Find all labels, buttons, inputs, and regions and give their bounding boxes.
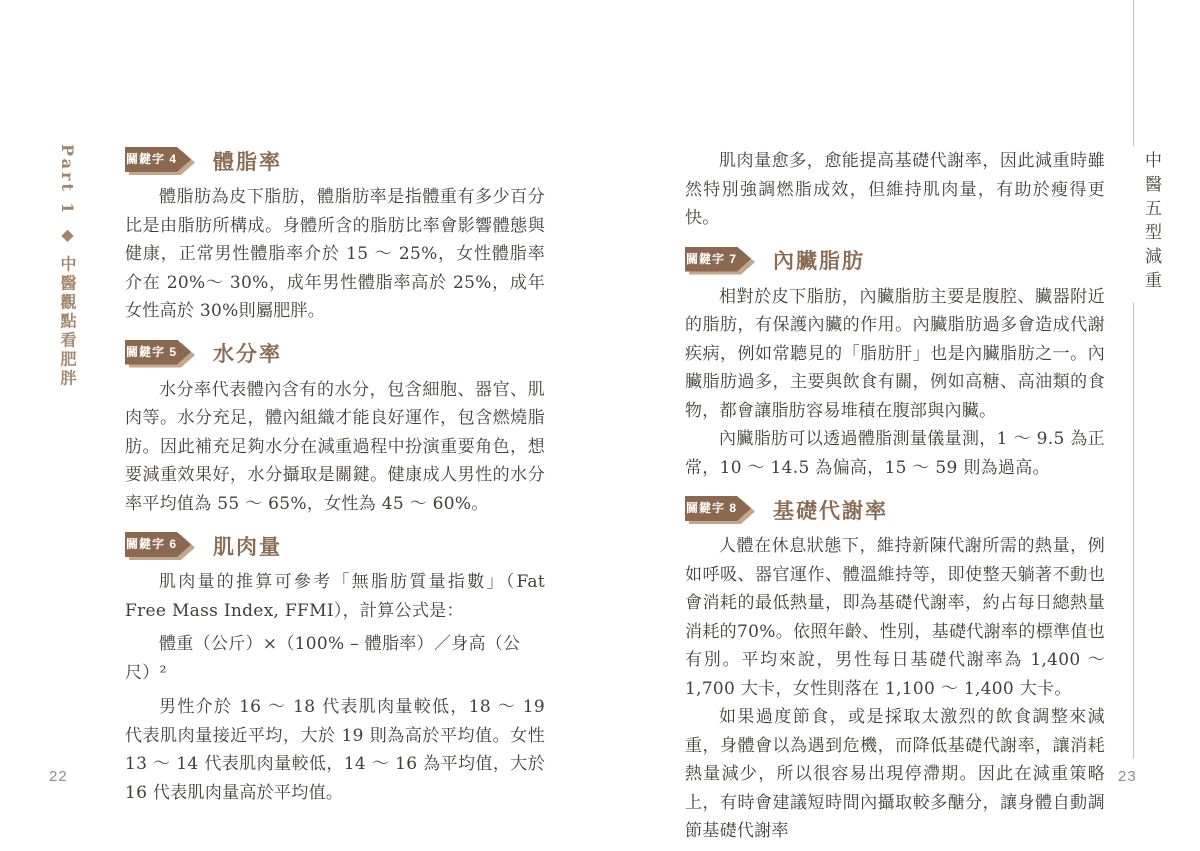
section-header: 關鍵字 8 基礎代謝率 (685, 496, 1105, 524)
keyword-badge: 關鍵字 8 (685, 496, 757, 524)
body-paragraph: 體脂肪為皮下脂肪，體脂肪率是指體重有多少百分比是由脂肪所構成。身體所含的脂肪比率… (125, 183, 545, 326)
left-page: 關鍵字 4 體脂率 體脂肪為皮下脂肪，體脂肪率是指體重有多少百分比是由脂肪所構成… (125, 147, 545, 807)
section-water-rate: 關鍵字 5 水分率 水分率代表體內含有的水分，包含細胞、器官、肌肉等。水分充足，… (125, 340, 545, 519)
body-paragraph: 如果過度節食，或是採取太激烈的飲食調整來減重，身體會以為遇到危機，而降低基礎代謝… (685, 703, 1105, 846)
body-paragraph: 男性介於 16 ～ 18 代表肌肉量較低，18 ～ 19 代表肌肉量接近平均，大… (125, 693, 545, 807)
section-basal-metabolic-rate: 關鍵字 8 基礎代謝率 人體在休息狀態下，維持新陳代謝所需的熱量，例如呼吸、器官… (685, 496, 1105, 846)
keyword-badge-label: 關鍵字 4 (125, 147, 191, 172)
section-muscle-mass: 關鍵字 6 肌肉量 肌肉量的推算可參考「無脂肪質量指數」（Fat Free Ma… (125, 532, 545, 807)
body-paragraph: 人體在休息狀態下，維持新陳代謝所需的熱量，例如呼吸、器官運作、體溫維持等，即使整… (685, 532, 1105, 703)
body-paragraph: 肌肉量愈多，愈能提高基礎代謝率，因此減重時雖然特別強調燃脂成效，但維持肌肉量，有… (685, 147, 1105, 233)
body-paragraph: 水分率代表體內含有的水分，包含細胞、器官、肌肉等。水分充足，體內組織才能良好運作… (125, 376, 545, 519)
section-title: 肌肉量 (213, 534, 282, 559)
section-title: 體脂率 (213, 149, 282, 174)
body-paragraph: 相對於皮下脂肪，內臟脂肪主要是腹腔、臟器附近的脂肪，有保護內臟的作用。內臟脂肪過… (685, 283, 1105, 426)
section-visceral-fat: 關鍵字 7 內臟脂肪 相對於皮下脂肪，內臟脂肪主要是腹腔、臟器附近的脂肪，有保護… (685, 247, 1105, 483)
section-header: 關鍵字 5 水分率 (125, 340, 545, 368)
book-spread: Part 1 ◆ 中醫觀點看肥胖 關鍵字 4 體脂率 體脂肪為皮下脂肪，體脂肪率… (0, 0, 1200, 851)
section-title: 基礎代謝率 (773, 498, 888, 523)
keyword-badge-label: 關鍵字 5 (125, 340, 191, 365)
section-body-fat-rate: 關鍵字 4 體脂率 體脂肪為皮下脂肪，體脂肪率是指體重有多少百分比是由脂肪所構成… (125, 147, 545, 326)
section-header: 關鍵字 7 內臟脂肪 (685, 247, 1105, 275)
body-paragraph: 肌肉量的推算可參考「無脂肪質量指數」（Fat Free Mass Index, … (125, 568, 545, 625)
right-page: 肌肉量愈多，愈能提高基礎代謝率，因此減重時雖然特別強調燃脂成效，但維持肌肉量，有… (685, 147, 1105, 846)
section-title: 內臟脂肪 (773, 248, 865, 273)
body-paragraph: 內臟脂肪可以透過體脂測量儀量測，1 ～ 9.5 為正常，10 ～ 14.5 為偏… (685, 425, 1105, 482)
keyword-badge-label: 關鍵字 6 (125, 532, 191, 557)
section-title: 水分率 (213, 341, 282, 366)
right-margin-rule-top (1133, 0, 1134, 146)
keyword-badge-label: 關鍵字 7 (685, 247, 751, 272)
ffmi-formula: 體重（公斤）×（100% – 體脂率）／身高（公尺）² (125, 630, 545, 687)
right-margin-chapter-label: 中醫五型減重 (1139, 151, 1164, 295)
keyword-badge: 關鍵字 5 (125, 340, 197, 368)
right-margin-rule-bottom (1133, 303, 1134, 759)
page-number-left: 22 (49, 768, 68, 785)
section-header: 關鍵字 6 肌肉量 (125, 532, 545, 560)
page-number-right: 23 (1118, 768, 1137, 785)
keyword-badge-label: 關鍵字 8 (685, 496, 751, 521)
section-header: 關鍵字 4 體脂率 (125, 147, 545, 175)
keyword-badge: 關鍵字 6 (125, 532, 197, 560)
keyword-badge: 關鍵字 4 (125, 147, 197, 175)
keyword-badge: 關鍵字 7 (685, 247, 757, 275)
left-margin-part-label: Part 1 ◆ 中醫觀點看肥胖 (56, 144, 79, 389)
